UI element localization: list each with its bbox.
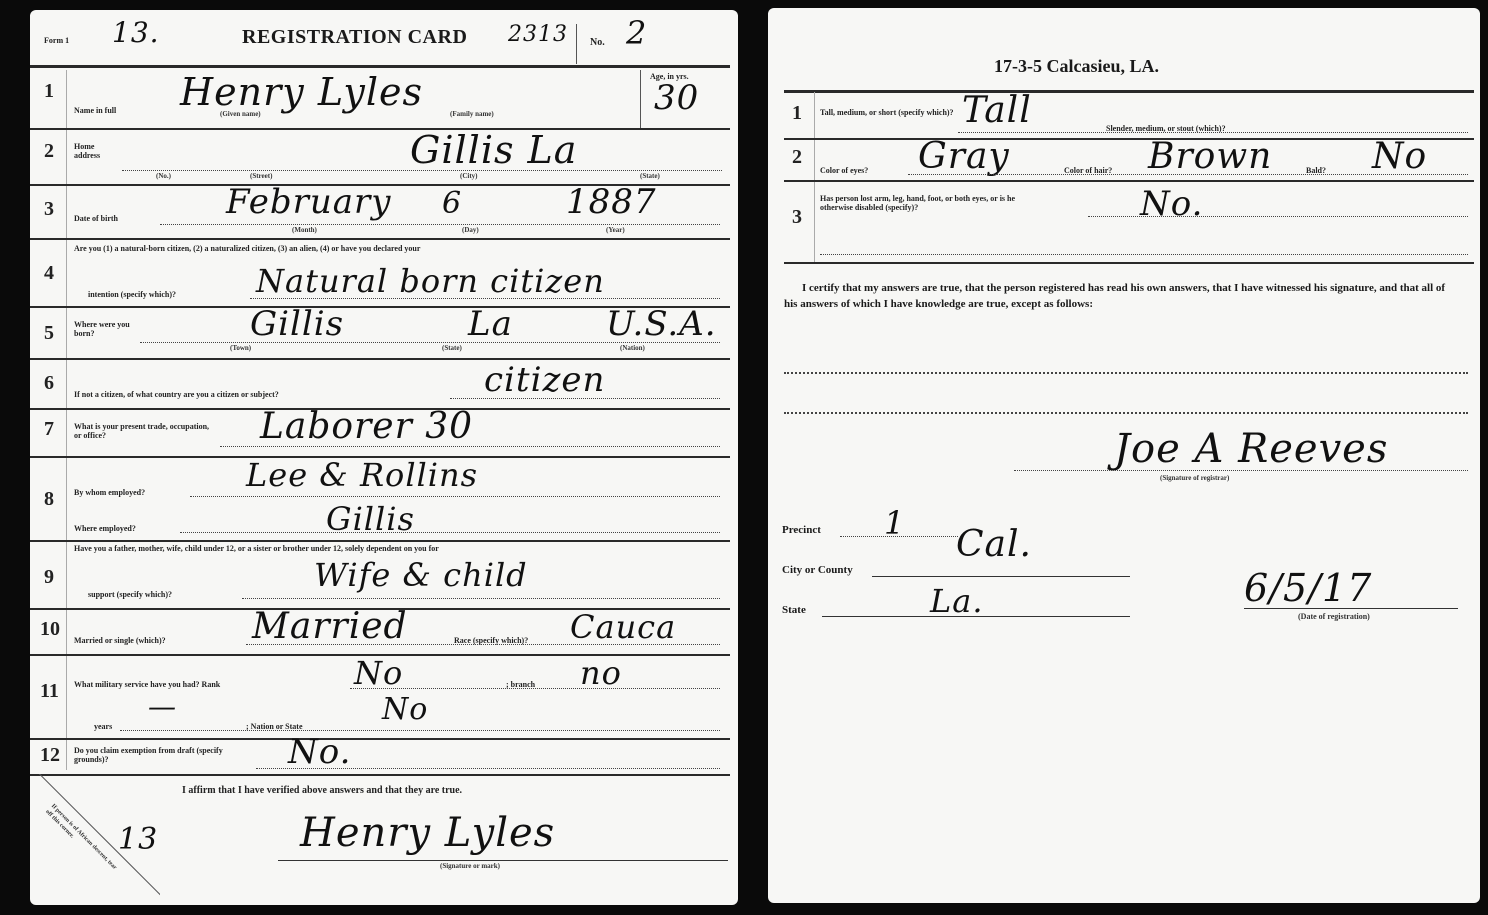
margin-annotation: 2313 bbox=[508, 22, 568, 47]
years-label: years bbox=[94, 722, 112, 731]
military-branch-value: no bbox=[580, 654, 622, 692]
marital-label: Married or single (which)? bbox=[74, 636, 166, 645]
birthplace-label: Where were you born? bbox=[74, 320, 134, 338]
citizen-country-value: citizen bbox=[484, 360, 605, 400]
occupation-value: Laborer 30 bbox=[260, 406, 473, 447]
exemption-value: No. bbox=[288, 732, 351, 772]
marital-value: Married bbox=[252, 606, 408, 647]
age-value: 30 bbox=[654, 78, 699, 118]
registrar-signature: Joe A Reeves bbox=[1114, 426, 1388, 472]
registration-date-caption: (Date of registration) bbox=[1298, 612, 1370, 621]
registration-date: 6/5/17 bbox=[1244, 566, 1372, 610]
military-rank-value: No bbox=[354, 654, 403, 692]
exemption-label: Do you claim exemption from draft (speci… bbox=[74, 746, 244, 764]
bald-value: No bbox=[1372, 136, 1427, 177]
dependents-value: Wife & child bbox=[314, 556, 528, 594]
back-header: 17-3-5 Calcasieu, LA. bbox=[994, 56, 1159, 77]
birthplace-state: La bbox=[468, 304, 513, 344]
eye-color-value: Gray bbox=[918, 136, 1010, 177]
registration-card-front: Form 1 13. REGISTRATION CARD No. 2 2313 … bbox=[30, 10, 738, 905]
dependents-question: Have you a father, mother, wife, child u… bbox=[74, 544, 439, 553]
signature-caption: (Signature or mark) bbox=[440, 862, 500, 870]
hair-color-value: Brown bbox=[1148, 136, 1272, 177]
city-county-label: City or County bbox=[782, 564, 853, 576]
citizen-country-label: If not a citizen, of what country are yo… bbox=[74, 390, 279, 399]
certify-statement: I certify that my answers are true, that… bbox=[784, 280, 1454, 312]
affirm-statement: I affirm that I have verified above answ… bbox=[182, 786, 462, 795]
disability-label: Has person lost arm, leg, hand, foot, or… bbox=[820, 194, 1040, 212]
eye-color-label: Color of eyes? bbox=[820, 166, 868, 175]
military-nation-value: No bbox=[382, 692, 428, 727]
tear-off-corner: If person is of African descent, tear of… bbox=[30, 774, 160, 904]
dependents-label: support (specify which)? bbox=[88, 590, 172, 599]
address-value: Gillis La bbox=[410, 128, 577, 172]
workplace-label: Where employed? bbox=[74, 524, 136, 533]
employer-label: By whom employed? bbox=[74, 488, 145, 497]
citizenship-value: Natural born citizen bbox=[256, 262, 605, 300]
race-value: Cauca bbox=[570, 608, 676, 646]
birthplace-town: Gillis bbox=[250, 304, 344, 344]
corner-note: If person is of African descent, tear of… bbox=[44, 803, 119, 878]
citizenship-question: Are you (1) a natural-born citizen, (2) … bbox=[74, 244, 420, 253]
address-label: Home address bbox=[74, 142, 114, 160]
card-no: 2 bbox=[626, 14, 647, 52]
employer-value: Lee & Rollins bbox=[246, 456, 478, 494]
state-label: State bbox=[782, 604, 806, 616]
name-label: Name in full bbox=[74, 106, 116, 115]
registrant-signature: Henry Lyles bbox=[300, 810, 555, 856]
city-county-value: Cal. bbox=[956, 524, 1032, 565]
state-value: La. bbox=[930, 582, 984, 620]
dob-day: 6 bbox=[442, 186, 462, 221]
card-title: REGISTRATION CARD bbox=[242, 26, 467, 49]
military-years-value: — bbox=[148, 690, 177, 723]
form-label: Form 1 bbox=[44, 36, 69, 45]
name-value: Henry Lyles bbox=[180, 70, 423, 114]
height-value: Tall bbox=[962, 90, 1032, 131]
height-label: Tall, medium, or short (specify which)? bbox=[820, 108, 960, 117]
citizenship-label: intention (specify which)? bbox=[88, 290, 176, 299]
registrar-caption: (Signature of registrar) bbox=[1160, 474, 1229, 482]
no-label: No. bbox=[590, 38, 605, 47]
birthplace-nation: U.S.A. bbox=[606, 304, 717, 344]
precinct-label: Precinct bbox=[782, 524, 821, 536]
military-label: What military service have you had? Rank bbox=[74, 680, 220, 689]
dob-month: February bbox=[226, 182, 392, 222]
occupation-label: What is your present trade, occupation, … bbox=[74, 422, 214, 440]
dob-label: Date of birth bbox=[74, 214, 118, 223]
disability-value: No. bbox=[1140, 184, 1203, 224]
dob-year: 1887 bbox=[566, 182, 657, 222]
form-number: 13. bbox=[112, 16, 160, 49]
registration-card-back: 17-3-5 Calcasieu, LA. 1 Tall, medium, or… bbox=[768, 8, 1480, 903]
